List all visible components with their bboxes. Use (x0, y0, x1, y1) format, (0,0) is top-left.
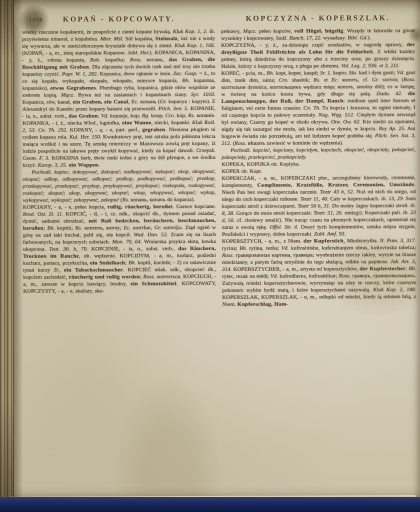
text-run: ein Wappen (69, 162, 99, 168)
text-run: KOPERSZTYCH, - u, m., z Niem. (222, 239, 304, 245)
text-run: koop; (149, 113, 165, 119)
printed-area: 1098 KOPAŃ - KOPCOWATY. KOPCZYZNA - KOPE… (0, 0, 420, 500)
text-run: Bh. (409, 266, 417, 272)
text-run: Kopanica, rów, kanał, (22, 100, 72, 106)
paragraph: KOPERCZAK, - a, m., KOPERCZAKI plur., sz… (222, 175, 416, 239)
text-run: гравированная картина, гравюра; wyobraże… (222, 252, 416, 266)
text-run: Teatr 11, 46. (300, 196, 328, 202)
paragraph: wiemy rzeczone kopalnemi, że pospolicie … (22, 29, 216, 170)
text-run: ein Schmutzkittel (131, 281, 177, 287)
text-run: Teatr 43 b, 52. (320, 189, 354, 195)
text-run: Ross. (130, 57, 142, 63)
text-run: das Graben (69, 113, 98, 119)
text-run: Sól kopalna, (123, 36, 155, 42)
text-run: Steinsalz (155, 36, 177, 42)
text-run: ein Graben, ein Canal (73, 99, 129, 105)
text-run: Nag. Węg. 512. (318, 112, 354, 118)
text-run: der Kupferstich (303, 238, 343, 244)
text-run: Ross. (235, 141, 247, 147)
text-run: kopanje, kop; (108, 113, 142, 119)
text-run: umizgi). Koperczaki pali. (343, 210, 403, 216)
text-run: Duda. 42. (376, 91, 402, 97)
text-run: Cro. (279, 78, 289, 84)
text-run: et (320, 77, 331, 83)
paragraph: KOPCIANY, - a, - e, pełen kopcia, rußig,… (23, 204, 216, 296)
text-run: Bh. (239, 246, 247, 252)
text-run: Kopanica, drew rąbanie w lesie. (98, 71, 173, 77)
text-run: Cn. Th. (303, 106, 320, 112)
text-run: rytina, rezba; (247, 246, 281, 252)
text-run: wiemy rzeczone kopalnemi, że pospolicie … (22, 29, 173, 36)
running-head-right: KOPCZYZNA - KOPERSZLAK. (221, 13, 415, 23)
text-run: Kluk Kop. 1, 166. (175, 43, 216, 49)
text-run: ein Sudelkoch (90, 260, 125, 266)
text-run: копоть, cf. (339, 77, 372, 83)
text-run: Brod. Ost. D. 11. (23, 212, 63, 218)
text-run: Gr. (372, 77, 379, 83)
text-run: shashik; (288, 78, 313, 84)
paragraph: Pochodź. kopiec, dokopywać, dokopać; nad… (23, 169, 216, 205)
text-run: Sla. (349, 70, 357, 76)
text-run: Bh. (47, 226, 55, 232)
text-run: pełen kopców, (256, 29, 294, 35)
text-run: kóp; (175, 113, 188, 119)
text-run: . (98, 162, 99, 168)
text-run: коптѣю, (131, 225, 154, 231)
text-run: kopto; (331, 70, 348, 76)
text-run: wysadzay. (322, 35, 348, 41)
text-run: koptiti; (55, 226, 75, 232)
text-run: Gorące do mnie stroił koperczaki. (235, 211, 314, 217)
text-run: , niecki, kopanki. (151, 120, 192, 126)
paragraph: KOPCZYZNA, - y, ż., za-dziesiąta część u… (221, 42, 415, 71)
text-run: Vd. (271, 274, 279, 280)
text-run: KOPER ob. Kopr. (222, 169, 262, 175)
text-run: Jabł. Her. (128, 50, 150, 56)
text-run: . Garnce kopciane. (173, 204, 216, 210)
text-run: Boh. (90, 57, 100, 63)
text-run: Bibl. Gd. (348, 35, 368, 41)
text-run: Bywa też na zasianiach i kopaninach sian… (74, 92, 191, 99)
paragraph: KOPEĆ, - pcia, m., Bh. kopt, kopet, kaup… (221, 70, 415, 148)
text-run: Do moiey Jagny koperczaki stroił. (330, 203, 410, 209)
text-run: Teatr 56 b, 31. (298, 203, 331, 209)
text-run: Wad. Dan. 52. (134, 232, 168, 238)
text-run: Papr. W. 1, 282. (62, 71, 98, 77)
text-run: Kurop. 3, 25. (38, 163, 67, 169)
text-run: KOPCIANY, - a, - e, pełen kopcia, (23, 204, 108, 210)
text-run: Cro. (165, 113, 175, 119)
text-run: Ross. (403, 77, 415, 83)
text-run: pełnawy, (221, 29, 243, 35)
text-run: Bh. (267, 71, 275, 77)
text-run: Kupferschlag, Ham- (237, 302, 288, 308)
text-run: Ec. (124, 225, 131, 231)
text-run: Ross. (143, 274, 155, 280)
text-run: voll Hügel, hügelig (294, 28, 343, 34)
text-run: Vd. (101, 113, 109, 119)
paragraph: KOPERSZTYCH, - u, m., z Niem. der Kupfer… (222, 238, 416, 309)
text-run: kopt, kopet, kaupě; (274, 71, 320, 77)
text-run: Ross. (222, 253, 234, 259)
text-run: коптить, копчу; (82, 225, 124, 231)
text-run: Zabł. Amf. 93. (314, 231, 346, 237)
text-run: καπνός ( (379, 77, 404, 83)
text-run: ). (368, 35, 371, 41)
text-run: der Kupferstecher (360, 266, 406, 272)
text-run: Wlod. (84, 120, 97, 126)
text-run: rycina; (222, 246, 240, 252)
text-run: rytec, rezak na mědi; (222, 274, 270, 280)
text-run: Otw. Ow. 62. (331, 119, 361, 125)
text-run: KOPEĆ, - pcia, m., (221, 71, 266, 77)
text-run: N. Pam. 3, 317. (380, 238, 416, 244)
text-run: KOPANY, - a, - e, part. perf., (67, 127, 142, 133)
text-run: , kąpiołka, (97, 120, 122, 126)
text-run: Mącz. (243, 29, 256, 35)
text-run: (KOPAŃ, - a, m., imię staropolskie Kopan… (22, 50, 127, 56)
text-run: Vol. Leg. 2, 936. et 3, 211. (341, 63, 400, 69)
text-run: Kluk Kop. 2, 188. (373, 287, 416, 293)
text-run: räucherig und rußig werden (69, 274, 140, 280)
text-run: Rey Ap. 25. (379, 126, 406, 132)
text-run: Kul. Her. 150. (69, 134, 101, 140)
text-run: rußig, räucherig, berußet (107, 204, 172, 210)
desk-surface (0, 497, 420, 512)
text-run: Bh. (128, 260, 136, 266)
text-run: kufrodlavez, kufroshtihar; (278, 273, 339, 279)
text-run: Ross. (339, 273, 351, 279)
text-run: KOPCZYZNA, - y, ż., za-dziesiąta część u… (221, 42, 407, 49)
running-head-left: KOPAŃ - KOPCOWATY. (23, 14, 215, 24)
text-run: Sr. 1. (320, 70, 331, 76)
text-run: Vd. (281, 246, 289, 252)
paragraph: pełnawy, Mącz. pełen kopców, voll Hügel,… (221, 28, 415, 43)
text-run: KOPERSZTYCHER, - a, m., artysta od koper… (232, 266, 360, 273)
text-run: Mon. 70, 64. (112, 239, 142, 245)
text-run: ib. 13, 29. (381, 196, 404, 202)
text-run: Complimente, Kratzfüße, Kratzer, Ceremon… (257, 182, 414, 189)
text-run: , Miedziorytba. (344, 238, 380, 244)
text-run: Sadź. Banch. 17, 22. (276, 36, 322, 42)
text-run: Bg. (142, 113, 150, 119)
text-run: Pochodź. kopcieć, kopciany, kopcidym, ko… (222, 147, 416, 161)
text-run: копань, копачъ do kopania). (129, 197, 195, 203)
text-run: KOPCENIE, - ia, n., subst. verb., (88, 246, 178, 252)
text-run: ein Tabackschmaucher (64, 267, 123, 273)
text-run: eine Wanne (122, 120, 151, 126)
paragraph: Pochodź. kopcieć, kopciany, kopcidym, ko… (222, 147, 416, 162)
text-run: gegraben (142, 127, 165, 133)
text-run: Zac. Gosp. (173, 71, 197, 77)
text-run: Mącz. (61, 93, 74, 99)
text-run: Syr. 1010. (191, 92, 215, 98)
text-run: kufroshtishe, kufershtanjem obras, kotlo… (289, 245, 416, 252)
text-run: копань ( (139, 99, 160, 105)
text-run: kad i dym gusti; (357, 70, 397, 76)
text-run: Mier. Mśl. (100, 36, 123, 42)
text-run: Kluk Kop. 1, 2. (173, 29, 208, 35)
text-run: копань, (142, 57, 169, 63)
text-run: Teat. 36. b, 70. (49, 247, 88, 253)
text-run: вѣшать zawiesić w kominie do wędzenia). (246, 140, 343, 146)
text-run: Teatr. 51, 26. (314, 210, 343, 216)
text-run: Cały w koperczakach. (328, 196, 381, 202)
text-run: KOPEKA, KOPIJKA ob. Kopiyka. (222, 162, 300, 168)
text-run: kopačka; (100, 57, 130, 63)
text-column-left: wiemy rzeczone kopalnemi, że pospolicie … (22, 29, 217, 472)
text-run: Rs. (188, 113, 195, 119)
text-run: Offel. Str. 4. (270, 225, 299, 231)
text-run: Pilch. Sen. 5. (158, 106, 188, 112)
text-run: etwas Gegrabenes (50, 85, 96, 91)
text-column-right: pełnawy, Mącz. pełen kopców, voll Hügel,… (221, 28, 417, 471)
